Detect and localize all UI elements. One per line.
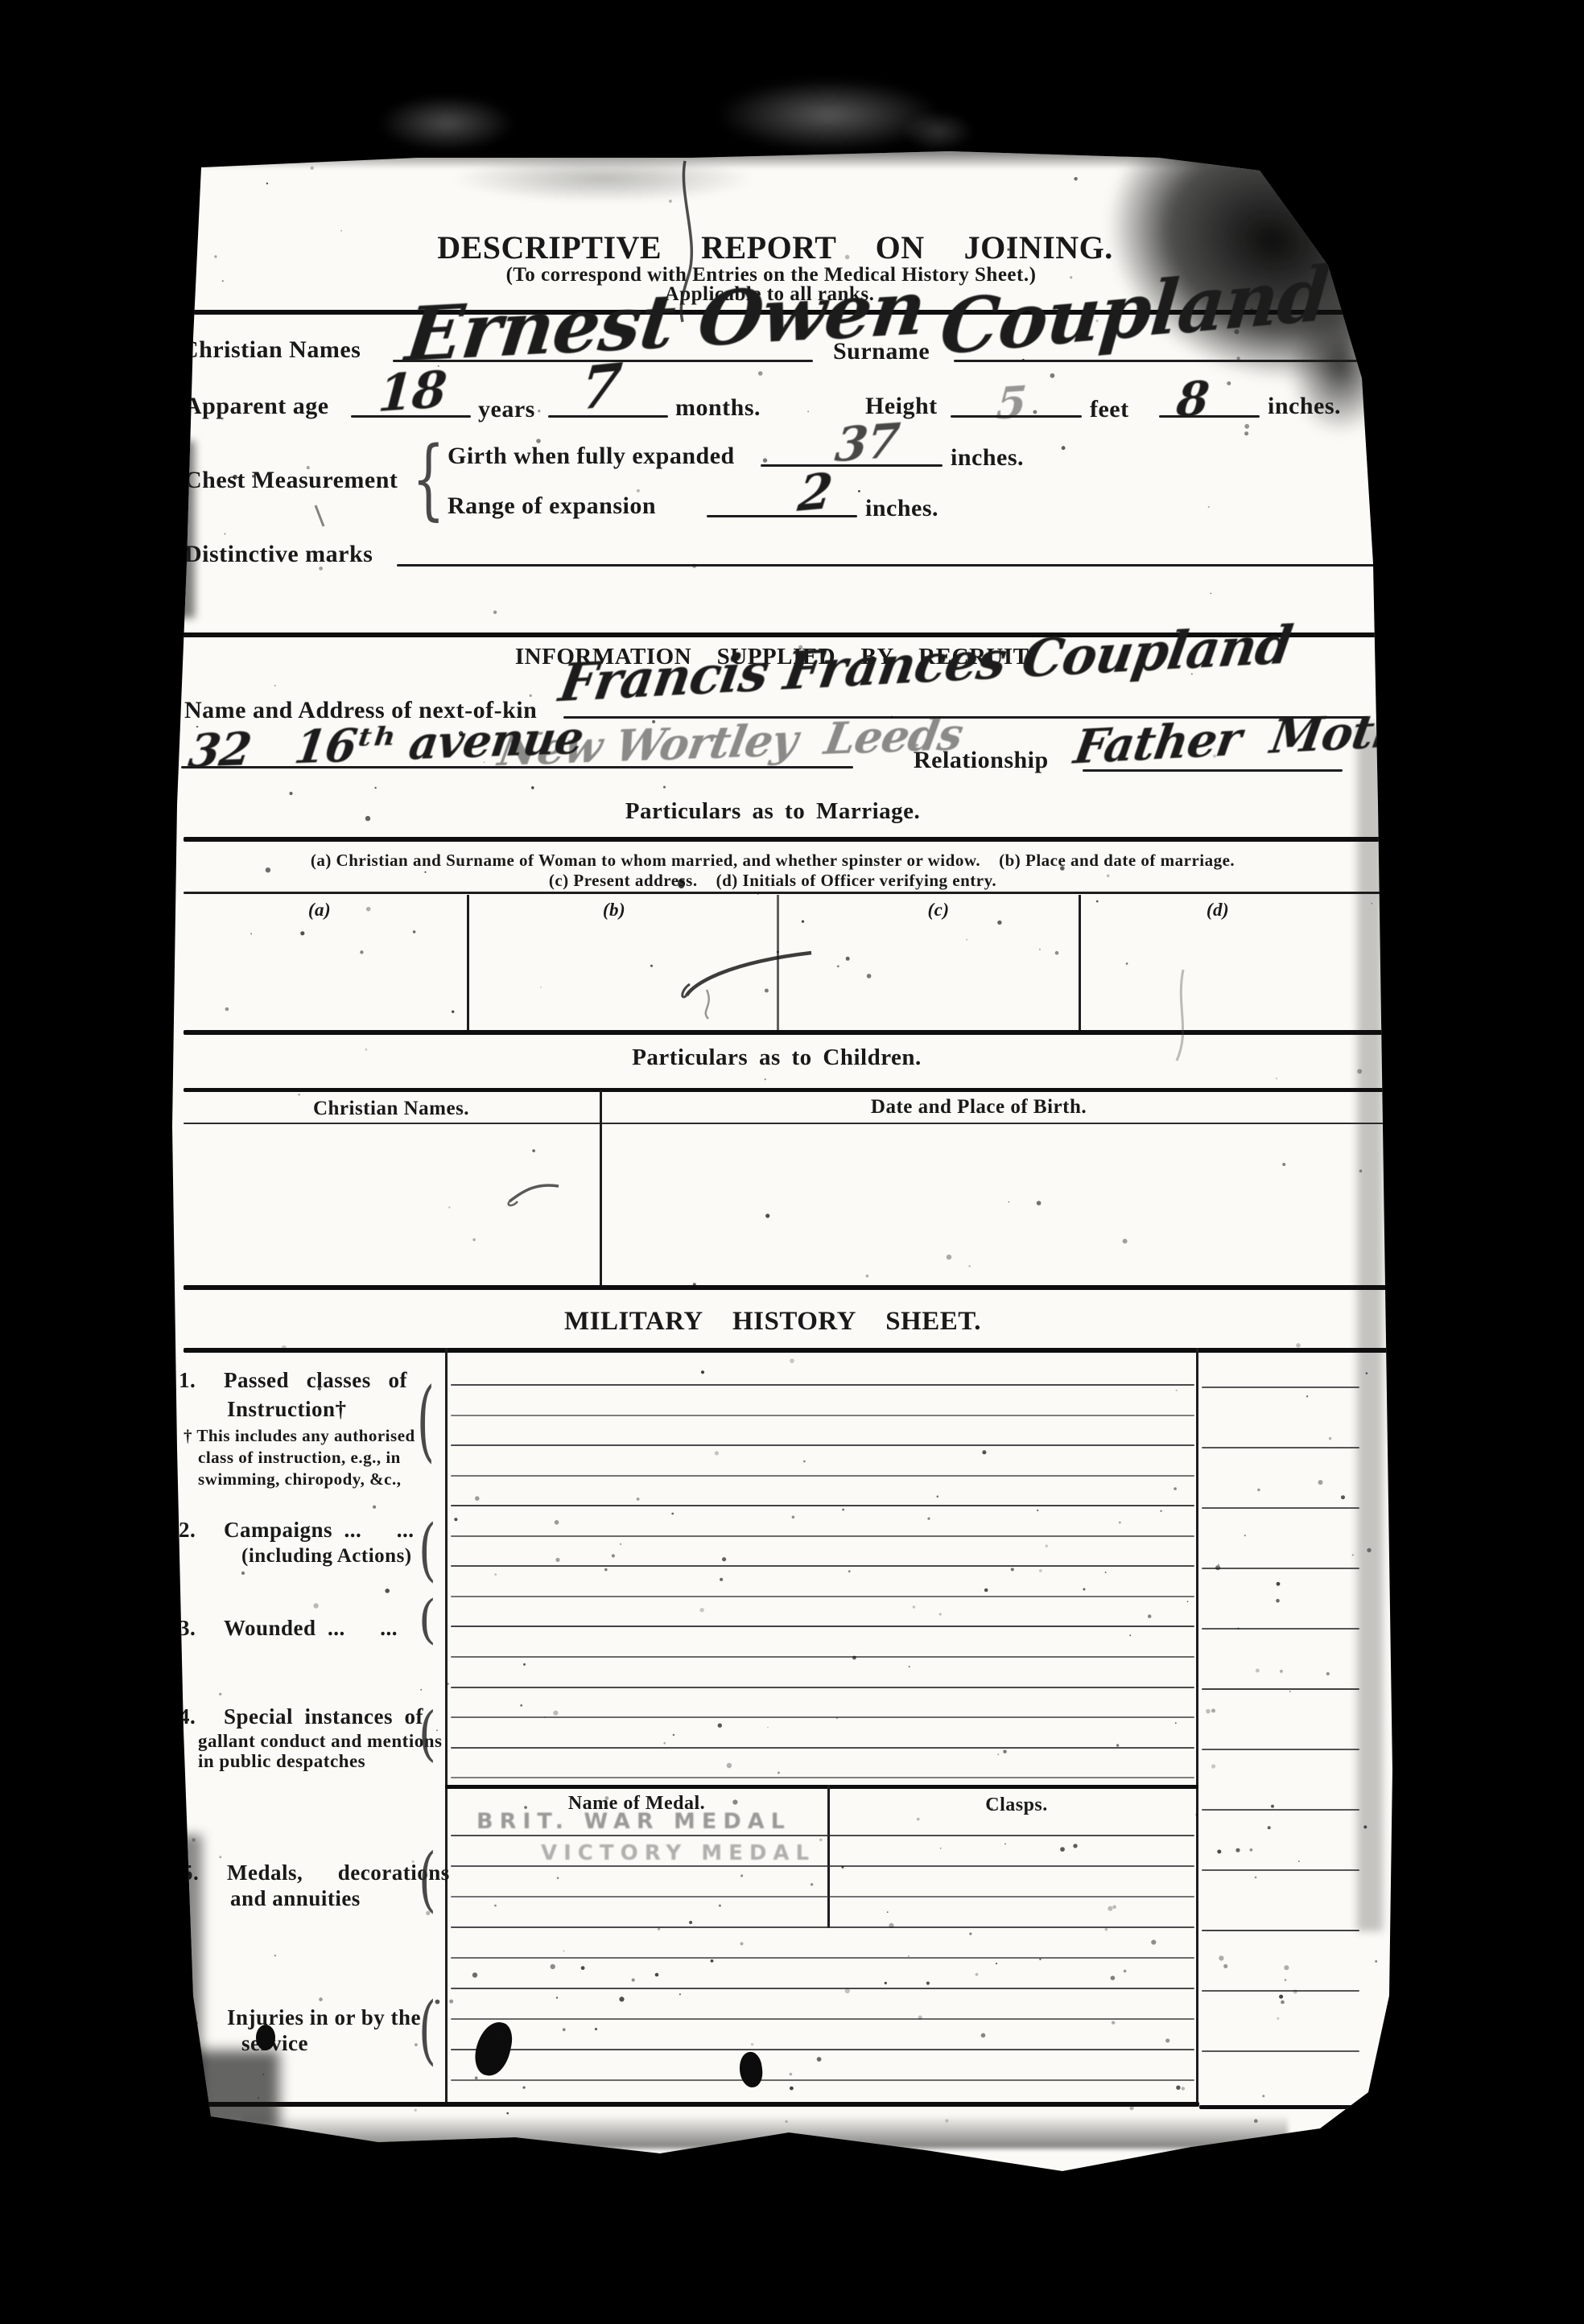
ruled-line <box>451 1505 1194 1506</box>
ruled-line <box>1202 1628 1359 1630</box>
medal-table-divider <box>827 1785 830 1928</box>
ruled-line <box>1202 1930 1359 1931</box>
ruled-line <box>451 1596 1194 1597</box>
scan-smudge-bottom-left <box>187 2050 279 2131</box>
children-birth-header: Date and Place of Birth. <box>871 1096 1087 1119</box>
medal-table-top-rule <box>445 1785 1198 1789</box>
item-4-number: 4. <box>179 1704 196 1729</box>
apparent-age-label: Apparent age <box>184 393 329 420</box>
item-2-label-2: (including Actions) <box>241 1545 412 1568</box>
item-1-label: Passed classes of <box>224 1368 407 1393</box>
ruled-line <box>1202 1688 1359 1690</box>
form-title: DESCRIPTIVE REPORT ON JOINING. <box>437 229 1113 266</box>
ink-blot <box>256 2025 275 2050</box>
ruled-line <box>451 1475 1194 1477</box>
stray-small-stroke <box>316 505 324 526</box>
item-2-label: Campaigns ... ... <box>224 1518 415 1543</box>
ink-blot <box>471 2018 515 2079</box>
marriage-col-b-header: (b) <box>603 900 625 921</box>
age-years-value: 18 <box>377 360 448 423</box>
table-column-divider <box>445 1348 448 2102</box>
item-5-label-2: and annuities <box>230 1886 361 1911</box>
item-1-label-2: Instruction† <box>227 1397 347 1422</box>
chest-measurement-label: Chest Measurement <box>184 467 398 494</box>
marriage-col-a-header: (a) <box>308 900 331 921</box>
feet-label: feet <box>1090 396 1129 423</box>
expansion-label: Range of expansion <box>448 492 656 520</box>
chest-brace-icon: { <box>412 430 445 531</box>
table-rule <box>184 1348 1392 1353</box>
fill-line <box>397 564 1385 567</box>
medal-stamp-brit-war: BRIT. WAR MEDAL <box>476 1809 791 1834</box>
marriage-note-1: (a) Christian and Surname of Woman to wh… <box>311 851 1235 871</box>
table-rule <box>184 1030 1392 1035</box>
table-rule <box>184 892 1392 894</box>
item-4-label-3: in public despatches <box>198 1751 365 1772</box>
marriage-faint-mark <box>1177 970 1183 1061</box>
military-heading: MILITARY HISTORY SHEET. <box>564 1307 981 1337</box>
marriage-pen-curl <box>706 990 709 1019</box>
ruled-line <box>451 1777 1194 1778</box>
inches-label: inches. <box>1268 393 1341 420</box>
ruled-line <box>451 2049 1194 2050</box>
ruled-line <box>451 1988 1194 1989</box>
item-3-brace-icon: ( <box>419 1590 436 1650</box>
ruled-line <box>1199 2105 1360 2109</box>
children-names-header: Christian Names. <box>313 1098 469 1120</box>
scan-smudge-top-right <box>1075 104 1405 402</box>
ruled-line <box>451 1926 1194 1928</box>
ink-blot <box>678 879 685 888</box>
children-pen-mark <box>509 1185 559 1201</box>
item-6-label: Injuries in or by the <box>227 2005 421 2030</box>
ruled-line <box>1202 1387 1359 1388</box>
children-pen-mark-tail <box>509 1201 518 1205</box>
months-label: months. <box>675 394 761 422</box>
item-1-footnote-3: swimming, chiropody, &c., <box>198 1469 401 1490</box>
distinctive-marks-label: Distinctive marks <box>184 541 373 568</box>
ruled-line <box>1202 1568 1359 1569</box>
item-5-label: Medals, decorations <box>227 1860 450 1885</box>
years-label: years <box>478 396 535 423</box>
scan-smudge-right-edge <box>1357 724 1383 1931</box>
table-column-divider <box>600 1090 602 1285</box>
ruled-line <box>1202 1447 1359 1448</box>
item-4-label: Special instances of <box>224 1704 423 1729</box>
surname-label: Surname <box>833 338 930 365</box>
scan-smudge-bottom-edge <box>241 2115 1288 2149</box>
item-2-brace-icon: ( <box>419 1511 436 1590</box>
item-4-label-2: gallant conduct and mentions <box>198 1731 442 1752</box>
scan-smudge-top-edge <box>201 150 1207 169</box>
dust-smudge <box>378 95 515 151</box>
expansion-unit-label: inches. <box>865 495 938 522</box>
height-feet-value: 5 <box>995 375 1028 429</box>
age-months-value: 7 <box>578 350 625 424</box>
table-column-divider <box>1079 895 1081 1032</box>
ruled-line <box>1202 1990 1359 1992</box>
marriage-col-c-header: (c) <box>927 900 949 921</box>
ink-blot <box>737 2050 765 2088</box>
item-1-footnote: † This includes any authorised <box>184 1426 415 1446</box>
ruled-line <box>1202 1809 1359 1811</box>
fill-line <box>181 766 853 768</box>
ruled-line <box>451 1444 1194 1446</box>
fill-line <box>707 515 857 517</box>
girth-unit-label: inches. <box>951 444 1024 472</box>
ruled-line <box>1202 2050 1359 2052</box>
ruled-line <box>451 1835 1194 1836</box>
table-rule <box>184 1285 1392 1290</box>
dust-smudge <box>716 79 942 151</box>
relationship-value: Father Mother <box>1070 699 1463 775</box>
ruled-line <box>451 1415 1194 1416</box>
table-bottom-rule <box>187 2102 1199 2107</box>
marriage-col-d-header: (d) <box>1207 900 1229 921</box>
ruled-line <box>1202 1749 1359 1750</box>
medal-clasps-header: Clasps. <box>985 1795 1048 1816</box>
dust-smudge <box>901 111 974 151</box>
marriage-note-2: (c) Present address. (d) Initials of Off… <box>549 871 996 891</box>
next-of-kin-name-value: Francis Frances Coupland <box>555 615 1296 714</box>
ruled-line <box>451 1865 1194 1867</box>
ruled-line <box>451 1656 1194 1658</box>
scan-smudge-top-mid <box>451 155 757 203</box>
table-column-divider <box>1196 1348 1198 2105</box>
item-3-label: Wounded ... ... <box>224 1616 398 1641</box>
item-1-number: 1. <box>179 1368 196 1393</box>
item-1-footnote-2: class of instruction, e.g., in <box>198 1448 401 1468</box>
item-4-brace-icon: ( <box>419 1700 436 1769</box>
medal-stamp-victory: VICTORY MEDAL <box>541 1841 815 1865</box>
girth-value: 37 <box>832 413 901 472</box>
document-paper: DESCRIPTIVE REPORT ON JOINING. (To corre… <box>0 0 1584 2324</box>
item-6-brace-icon: ( <box>419 1988 436 2074</box>
relationship-label: Relationship <box>914 747 1049 774</box>
ruled-line <box>1202 1507 1359 1509</box>
ruled-line <box>451 1716 1194 1718</box>
children-heading: Particulars as to Children. <box>632 1045 922 1071</box>
item-3-number: 3. <box>179 1616 196 1641</box>
ruled-line <box>451 2079 1194 2081</box>
ruled-line <box>451 1747 1194 1749</box>
ruled-line <box>451 1565 1194 1567</box>
ruled-line <box>451 1535 1194 1537</box>
item-5-number: 5. <box>182 1860 199 1885</box>
table-rule <box>184 837 1392 842</box>
marriage-heading: Particulars as to Marriage. <box>625 798 921 825</box>
table-column-divider <box>467 895 469 1032</box>
item-1-brace-icon: ( <box>417 1370 435 1473</box>
marriage-pen-swoosh <box>687 953 811 995</box>
ruled-line <box>1202 1869 1359 1871</box>
item-5-brace-icon: ( <box>419 1840 436 1921</box>
item-6-number: 6. <box>182 2005 199 2030</box>
christian-names-label: Christian Names <box>181 336 361 364</box>
ruled-line <box>451 1896 1194 1898</box>
fill-line <box>1159 415 1260 418</box>
height-inches-value: 8 <box>1174 371 1211 427</box>
item-2-number: 2. <box>179 1518 196 1543</box>
table-rule <box>184 1088 1392 1092</box>
ruled-line <box>451 1957 1194 1959</box>
ruled-line <box>451 1384 1194 1386</box>
ruled-line <box>451 2018 1194 2020</box>
table-rule <box>184 1123 1392 1124</box>
ruled-line <box>451 1687 1194 1688</box>
table-column-divider <box>777 895 779 1032</box>
scan-background: DESCRIPTIVE REPORT ON JOINING. (To corre… <box>0 0 1584 2324</box>
ruled-line <box>451 1626 1194 1627</box>
girth-label: Girth when fully expanded <box>448 443 735 470</box>
marriage-pen-hook <box>683 984 690 997</box>
